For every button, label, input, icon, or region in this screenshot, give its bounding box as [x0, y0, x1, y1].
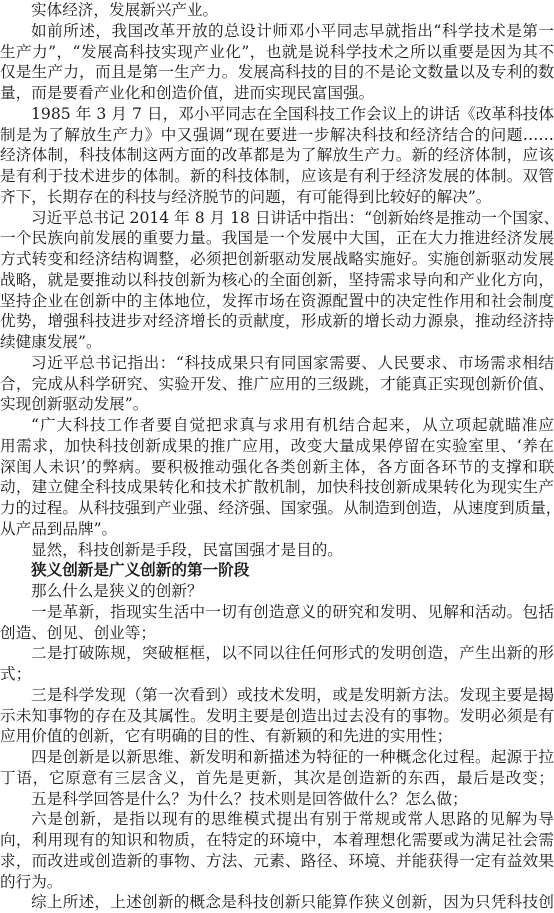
text-line: 续健康发展”。 [0, 332, 554, 353]
text-line: “广大科技工作者要自觉把求真与求用有机结合起来，从立项起就瞄准应 [0, 415, 554, 436]
text-line: 用需求，加快科技创新成果的推广应用，改变大量成果停留在实验室里、‘养在 [0, 436, 554, 457]
text-line: 四是创新是以新思维、新发明和新描述为特征的一种概念化过程。起源于拉 [0, 747, 554, 768]
text-line: 五是科学回答是什么？为什么？技术则是回答做什么？怎么做； [0, 789, 554, 810]
text-line: 合，完成从科学研究、实验开发、推广应用的三级跳，才能真正实现创新价值、 [0, 374, 554, 395]
text-line: 六是创新，是指以现有的思维模式提出有别于常规或常人思路的见解为导 [0, 809, 554, 830]
text-line: 动，建立健全科技成果转化和技术扩散机制，加快科技创新成果转化为现实生产 [0, 477, 554, 498]
text-line: 齐下，长期存在的科技与经济脱节的问题，有可能得到比较好的解决”。 [0, 187, 554, 208]
text-line: 深闺人未识’的弊病。要积极推动强化各类创新主体，各方面各环节的支撑和联 [0, 457, 554, 478]
text-line: 一个民族向前发展的重要力量。我国是一个发展中大国，正在大力推进经济发展 [0, 228, 554, 249]
text-line: 是有利于技术进步的体制。新的科技体制，应该是有利于经济发展的体制。双管 [0, 166, 554, 187]
text-line: 从产品到品牌”。 [0, 519, 554, 540]
text-line: 向，利用现有的知识和物质，在特定的环境中，本着理想化需要或为满足社会需 [0, 830, 554, 851]
text-line: 一是革新，指现实生活中一切有创造意义的研究和发明、见解和活动。包括 [0, 602, 554, 623]
text-line: 经济体制，科技体制这两方面的改革都是为了解放生产力。新的经济体制，应该 [0, 145, 554, 166]
text-line: 力的过程。从科技强到产业强、经济强、国家强。从制造到创造，从速度到质量， [0, 498, 554, 519]
text-line: 式； [0, 664, 554, 685]
text-line: 实现创新驱动发展”。 [0, 394, 554, 415]
text-line: 习近平总书记 2014 年 8 月 18 日讲话中指出：“创新始终是推动一个国家… [0, 208, 554, 229]
text-line: 仅是生产力，而且是第一生产力。发展高科技的目的不是论文数量以及专利的数 [0, 62, 554, 83]
text-line: 习近平总书记指出：“科技成果只有同国家需要、人民要求、市场需求相结 [0, 353, 554, 374]
text-line: 方式转变和经济结构调整，必须把创新驱动发展战略实施好。实施创新驱动发展 [0, 249, 554, 270]
text-line: 创造、创见、创业等； [0, 623, 554, 644]
text-line: 的行为。 [0, 872, 554, 893]
text-line: 量，而是要看产业化和创造价值，进而实现民富国强。 [0, 83, 554, 104]
text-line: 战略，就是要推动以科技创新为核心的全面创新，坚持需求导向和产业化方向， [0, 270, 554, 291]
text-line: 制是为了解放生产力》中又强调“现在要进一步解决科技和经济结合的问题…… [0, 125, 554, 146]
text-line: 丁语，它原意有三层含义，首先是更新，其次是创造新的东西，最后是改变； [0, 768, 554, 789]
text-line: 求，而改进或创造新的事物、方法、元素、路径、环境、并能获得一定有益效果 [0, 851, 554, 872]
text-line: 综上所述，上述创新的概念是科技创新只能算作狭义创新，因为只凭科技创 [0, 892, 554, 913]
text-line: 坚持企业在创新中的主体地位，发挥市场在资源配置中的决定性作用和社会制度 [0, 291, 554, 312]
text-line: 示未知事物的存在及其属性。发明主要是创造出过去没有的事物。发明必须是有 [0, 706, 554, 727]
text-line: 1985 年 3 月 7 日，邓小平同志在全国科技工作会议上的讲话《改革科技体 [0, 104, 554, 125]
text-line: 显然，科技创新是手段，民富国强才是目的。 [0, 540, 554, 561]
text-line: 应用价值的创新，它有明确的目的性、有新颖的和先进的实用性； [0, 726, 554, 747]
section-heading: 狭义创新是广义创新的第一阶段 [0, 560, 554, 581]
text-line: 二是打破陈规，突破框框，以不同以往任何形式的发明创造，产生出新的形 [0, 643, 554, 664]
text-line: 那么什么是狭义的创新？ [0, 581, 554, 602]
text-line: 生产力”，“发展高科技实现产业化”，也就是说科学技术之所以重要是因为其不 [0, 42, 554, 63]
text-line: 三是科学发现（第一次看到）或技术发明，或是发明新方法。发现主要是揭 [0, 685, 554, 706]
text-line: 实体经济，发展新兴产业。 [0, 0, 554, 21]
text-line: 如前所述，我国改革开放的总设计师邓小平同志早就指出“科学技术是第一 [0, 21, 554, 42]
text-line: 优势，增强科技进步对经济增长的贡献度，形成新的增长动力源泉，推动经济持 [0, 311, 554, 332]
